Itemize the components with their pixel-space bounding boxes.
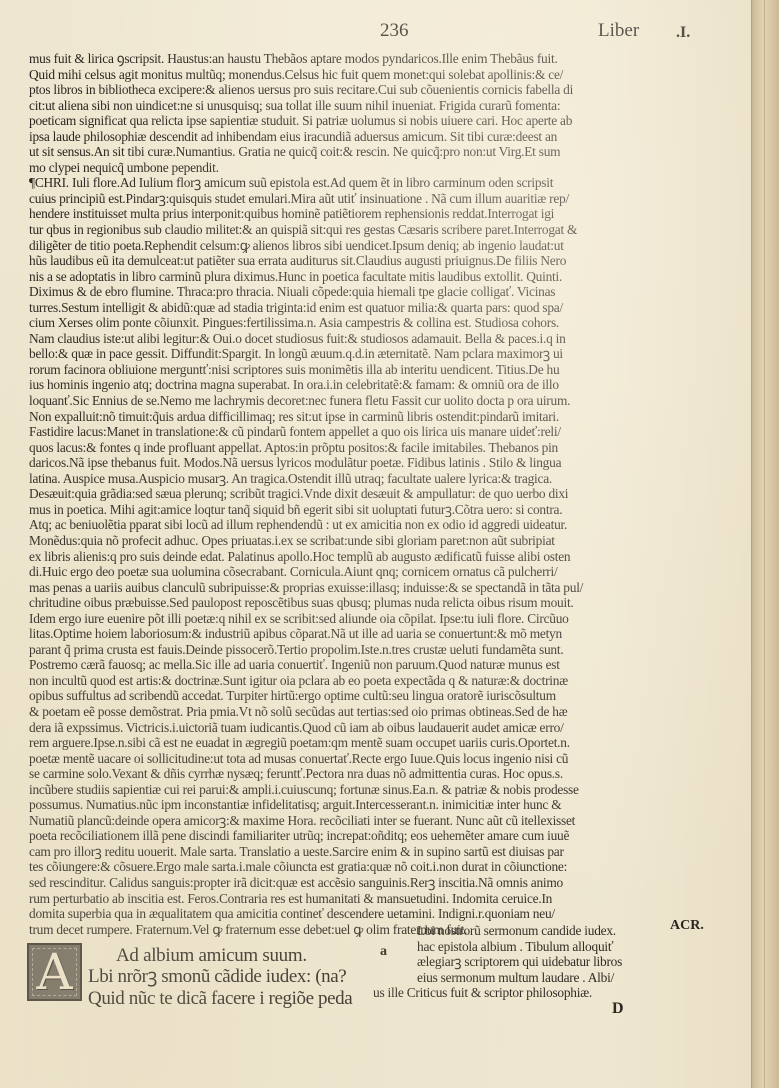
commentary-line: Diximus & de ebro flumine. Thraca:pro th…: [29, 284, 669, 300]
commentary-line: ipsa laude philosophiæ descendit ad inhi…: [29, 129, 669, 145]
commentary-line: Idem ergo iure euenire põt illi poetæ:q …: [29, 611, 669, 627]
commentary-line: Nam claudius iste:ut alibi legitur:& Oui…: [29, 331, 669, 347]
commentary-line: & poetam eẽ posse demõstrat. Pria pmia.V…: [29, 704, 669, 720]
commentary-line: litas.Optime hoiem laboriosum:& industri…: [29, 626, 669, 642]
commentary-line: mus fuit & lirica ꝯscripsit. Haustus:an …: [29, 51, 669, 67]
commentary-line: opibus suffultus ad scribendũ accedat. T…: [29, 688, 669, 704]
commentary-line: Quid mihi celsus agit monitus multũq; mo…: [29, 67, 669, 83]
commentary-line: dera iã expssimus. Victricis.i.uictoriã …: [29, 720, 669, 736]
commentary-line: rum perturbatio ab inscitia est. Feros.C…: [29, 891, 669, 907]
commentary-line: quos lacus:& fontes q inde profluant app…: [29, 440, 669, 456]
commentary-line: Numatiũ plancũ:deinde opera amicorꝫ:& ma…: [29, 813, 669, 829]
commentary-line: ut sit sensus.An sit tibi curæ.Numantius…: [29, 144, 669, 160]
commentary-line: cium Xerses olim ponte cõiunxit. Pingues…: [29, 315, 669, 331]
commentary-line: ptos libros in bibliotheca excipere:& al…: [29, 82, 669, 98]
commentary-line: Fastidire lacus:Manet in translatione:& …: [29, 424, 669, 440]
commentary-line: ius hominis ingenio atq; doctrina magna …: [29, 377, 669, 393]
commentary-line: tur qbus in regionibus sub claudio milit…: [29, 222, 669, 238]
commentary-line: tes cõiungere:& cõsuere.Ergo male sarta.…: [29, 859, 669, 875]
commentary-line: poetæ mentẽ uacare oi sollicitudine:ut t…: [29, 751, 669, 767]
commentary-line: di.Huic ergo deo poetæ sua uolumina cõse…: [29, 564, 669, 580]
commentary-line: parant q̃ prima crusta est fauis.Deinde …: [29, 642, 669, 658]
decorated-initial: A: [27, 943, 82, 1001]
commentary-line: se carmine solo.Vexant & dñis cyrrhæ nys…: [29, 766, 669, 782]
commentary-line: daricos.Nã ipse thebanus fuit. Modos.Nã …: [29, 455, 669, 471]
commentary-line: possumus. Numatius.nũc ipm inconstantiæ …: [29, 797, 669, 813]
signature-mark: a: [380, 944, 387, 960]
commentary-line: loquanť.Sic Ennius de se.Nemo me lachrym…: [29, 393, 669, 409]
commentary-line: Non expalluit:nõ timuit:q̃uis ardua diff…: [29, 409, 669, 425]
commentary-line: mas penas a uariis auibus clanculũ subri…: [29, 580, 669, 596]
side-gloss-line: Lbi nostrorũ sermonum candide iudex.: [417, 923, 622, 939]
commentary-line: rorum facinora obliuione merguntť:nisi s…: [29, 362, 669, 378]
commentary-line: cuius principiũ est.Pindarꝫ:quisquis stu…: [29, 191, 669, 207]
commentary-line: mo clypei nequicq̃ umbone pependit.: [29, 160, 669, 176]
commentary-line: Atq; ac beniuolẽtia pparat sibi locũ ad …: [29, 517, 669, 533]
commentary-line: sed rescinditur. Calidus sanguis:propter…: [29, 875, 669, 891]
commentary-line: bello:& quæ in pace gessit. Diffundit:Sp…: [29, 346, 669, 362]
commentary-line: turres.Sestum intelligit & abidũ:quæ ad …: [29, 300, 669, 316]
commentary-line: ex libris alienis:q pro suis deinde edat…: [29, 549, 669, 565]
verse-line: Quid nũc te dicã facere i regiõe peda: [88, 988, 352, 1010]
commentary-line: poeta recõciliationem illã pene discindi…: [29, 828, 669, 844]
quire-signature: D: [612, 1000, 624, 1018]
poem-verses: Lbi nrõrꝫ smonũ cãdide iudex: (na? Quid …: [88, 966, 352, 1010]
side-gloss-line: eius sermonum multum laudare . Albi/: [417, 970, 622, 986]
page-header: 236 Liber .I.: [0, 20, 752, 44]
running-title: Liber: [598, 20, 639, 42]
side-gloss: Lbi nostrorũ sermonum candide iudex. hac…: [417, 923, 622, 1001]
book-page: 236 Liber .I. mus fuit & lirica ꝯscripsi…: [0, 0, 752, 1088]
commentary-line: Monẽdus:quia nõ profecit adhuc. Opes pri…: [29, 533, 669, 549]
commentary-line: chritudine oibus præbuisse.Sed paulopost…: [29, 595, 669, 611]
commentary-line: mus in poetica. Mihi agit:amice loqtur t…: [29, 502, 669, 518]
page-edge-line: [764, 0, 765, 1088]
side-gloss-line: us ille Criticus fuit & scriptor philoso…: [373, 985, 622, 1001]
commentary-line: ¶CHRI. Iuli flore.Ad Iulium florꝫ amicum…: [29, 175, 669, 191]
commentary-line: cit:ut aliena sibi non uindicet:ne si un…: [29, 98, 669, 114]
commentary-line: rem arguere.Ipse.n.sibi cã est ne euadat…: [29, 735, 669, 751]
folio-number: 236: [380, 20, 409, 42]
page-edge: [751, 0, 779, 1088]
commentary-line: non incultũ quod est artis:& doctrinæ.Su…: [29, 673, 669, 689]
commentary-block: mus fuit & lirica ꝯscripsit. Haustus:an …: [29, 51, 669, 937]
commentary-line: nis a se adoptatis in libro carminũ plur…: [29, 269, 669, 285]
commentary-line: cam pro illorꝫ reditu uouerit. Male sart…: [29, 844, 669, 860]
verse-line: Lbi nrõrꝫ smonũ cãdide iudex: (na?: [88, 966, 352, 988]
commentary-line: Desæuit:quia grãdia:sed sæua plerunq; sc…: [29, 486, 669, 502]
commentary-line: poeticam significat qua relicta ipse sap…: [29, 113, 669, 129]
side-gloss-line: hac epistola albium . Tibulum alloquiť: [417, 939, 622, 955]
commentary-line: incũbere studiis sapientiæ cui rei parui…: [29, 782, 669, 798]
initial-letter: A: [36, 947, 72, 997]
commentary-line: latina. Auspice musa.Auspicio musarꝫ. An…: [29, 471, 669, 487]
commentary-line: hendere instituisset multa prius interpo…: [29, 206, 669, 222]
commentary-line: domita superbia qua in æqualitatem qua a…: [29, 906, 669, 922]
commentary-line: hũs laudibus eũ ita demulceat:ut patiẽte…: [29, 253, 669, 269]
commentator-label: ACR.: [670, 918, 704, 934]
commentary-line: diligẽter de titio poeta.Rephendit celsu…: [29, 238, 669, 254]
poem-title: Ad albium amicum suum.: [116, 945, 307, 967]
side-gloss-line: ælegiarꝫ scriptorem qui uidebatur libros: [417, 954, 622, 970]
book-number: .I.: [676, 24, 690, 42]
commentary-line: Postremo cærã fauosq; ac mella.Sic ille …: [29, 657, 669, 673]
